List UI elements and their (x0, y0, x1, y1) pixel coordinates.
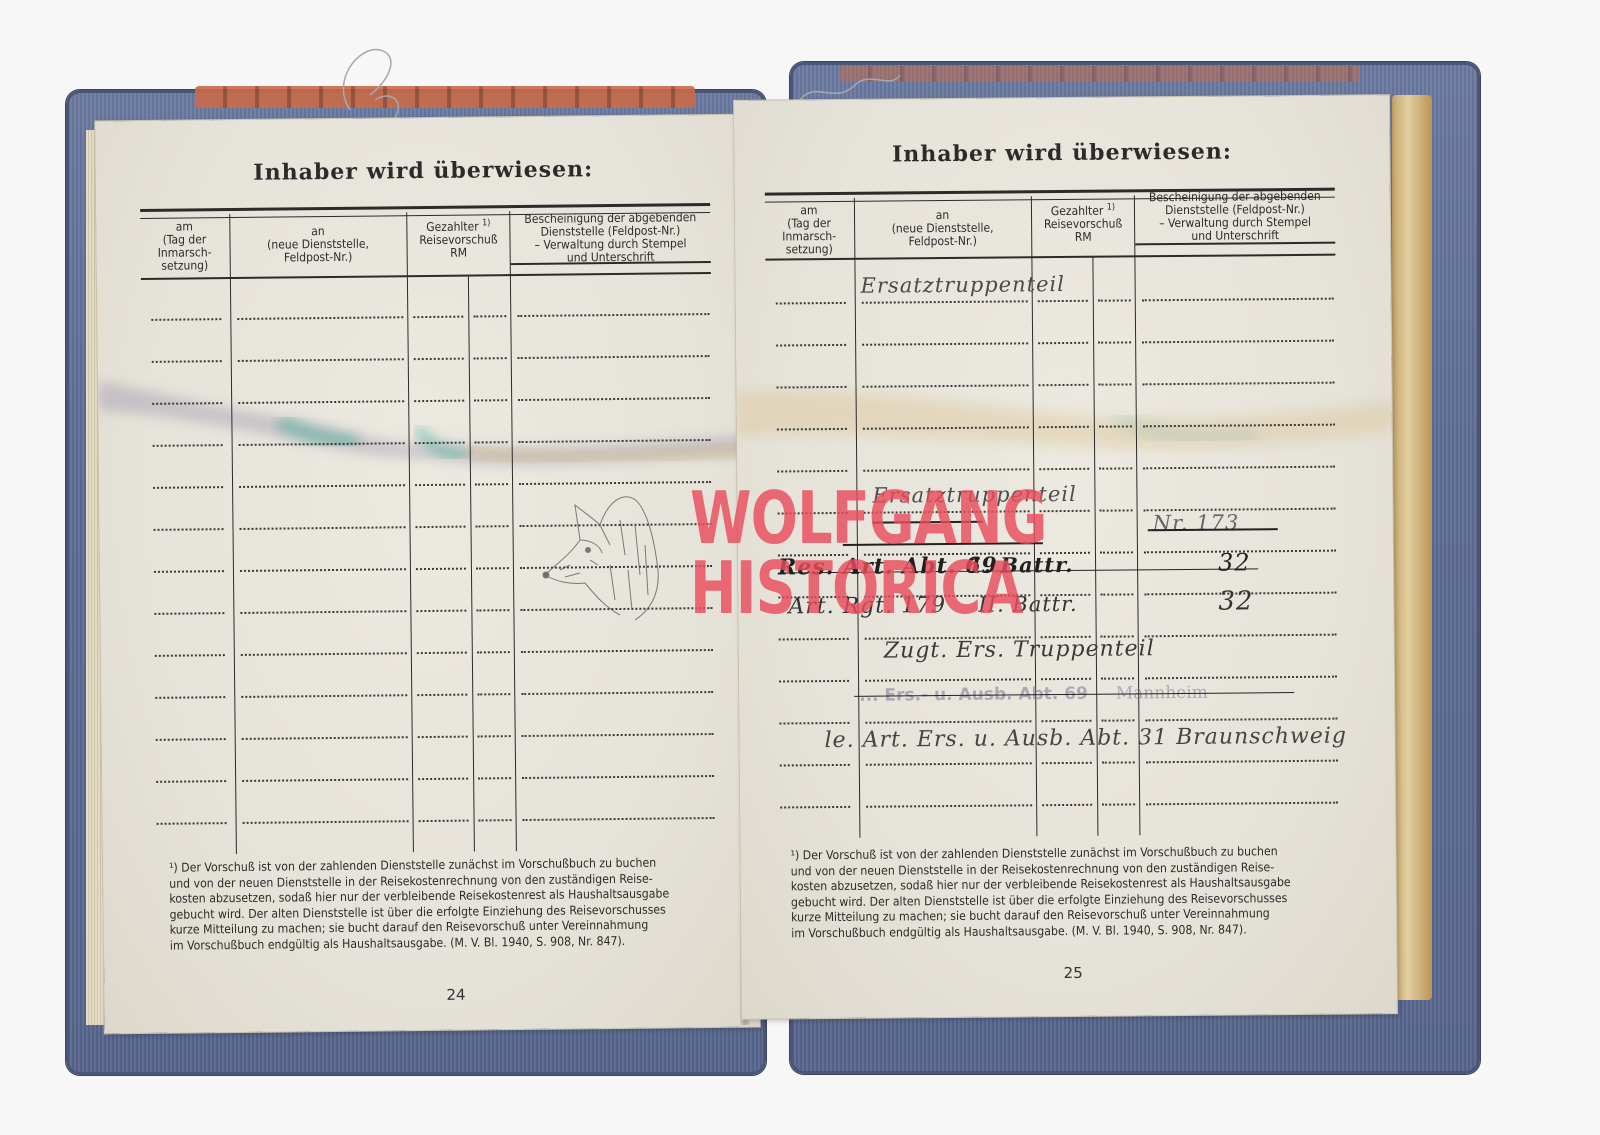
writing-line (777, 428, 847, 431)
writing-line (519, 439, 711, 443)
writing-line (863, 468, 1029, 471)
writing-line (475, 483, 508, 485)
handwritten-entry: le. Art. Ers. u. Ausb. Abt. 31 Braunschw… (824, 724, 1347, 754)
writing-line (1098, 383, 1131, 385)
header-line: setzung) (141, 259, 229, 273)
header-bottom-rule (141, 272, 711, 280)
writing-line (1145, 718, 1337, 722)
cover-endpaper-strip (195, 86, 695, 108)
page-title: Inhaber wird überwiesen: (96, 155, 751, 188)
writing-line (866, 762, 1032, 765)
writing-line (240, 610, 406, 614)
writing-line (1102, 803, 1135, 805)
writing-line (478, 777, 511, 779)
writing-line (152, 402, 222, 405)
writing-line (776, 344, 846, 347)
writing-line (242, 736, 408, 740)
writing-line (155, 696, 225, 699)
writing-line (477, 693, 510, 695)
transfer-table: am (Tag der Inmarsch- setzung) an (neue … (140, 203, 710, 209)
writing-line (415, 526, 465, 529)
writing-line (415, 484, 465, 487)
writing-line (1145, 676, 1337, 680)
writing-line (241, 652, 407, 656)
writing-line (522, 775, 714, 779)
writing-line (1039, 468, 1089, 470)
header-line: RM (408, 246, 510, 260)
footnote-text: ¹) Der Vorschuß ist von der zahlenden Di… (169, 855, 745, 954)
watermark: WOLFGANG HISTORICA (690, 483, 982, 623)
page-number: 25 (1064, 964, 1083, 982)
writing-line (1142, 340, 1334, 344)
writing-line (1101, 719, 1134, 721)
writing-line (153, 486, 223, 489)
writing-line (153, 444, 223, 447)
writing-line (152, 360, 222, 363)
writing-line (1098, 341, 1131, 343)
column-divider (406, 212, 414, 852)
writing-line (1101, 677, 1134, 679)
writing-line (1038, 342, 1088, 344)
writing-line (156, 738, 226, 741)
writing-line (414, 358, 464, 361)
writing-line (776, 302, 846, 305)
handwritten-entry: Zugt. Ers. Truppenteil (884, 636, 1155, 663)
footnote-mark: 1) (1107, 203, 1115, 213)
writing-line (522, 733, 714, 737)
page-edge-right (1392, 95, 1432, 1000)
writing-line (154, 612, 224, 615)
writing-line (475, 441, 508, 443)
writing-line (419, 820, 469, 823)
writing-line (418, 736, 468, 739)
column-header-advance: Gezahlter 1) Reisevorschuß RM (1032, 201, 1134, 244)
column-header-date: am (Tag der Inmarsch- setzung) (765, 204, 853, 257)
writing-line (866, 804, 1032, 807)
writing-line (154, 570, 224, 573)
column-header-certification: Bescheinigung der abgebenden Dienststell… (1135, 190, 1335, 244)
column-divider (229, 214, 237, 854)
writing-line (865, 678, 1031, 681)
writing-line (1143, 466, 1335, 470)
writing-line (780, 806, 850, 809)
writing-line (862, 384, 1028, 387)
writing-line (475, 525, 508, 527)
writing-line (416, 610, 466, 613)
writing-line (1142, 382, 1334, 386)
writing-line (157, 822, 227, 825)
writing-line (478, 735, 511, 737)
writing-line (780, 764, 850, 767)
writing-line (414, 400, 464, 403)
writing-line (416, 568, 466, 571)
writing-line (1145, 634, 1337, 638)
writing-line (477, 651, 510, 653)
header-rule (1135, 242, 1335, 246)
transfer-table: am (Tag der Inmarsch- setzung) an (neue … (765, 188, 1335, 193)
writing-line (517, 313, 709, 317)
header-line: setzung) (765, 243, 853, 257)
writing-line (1042, 804, 1092, 806)
writing-line (518, 355, 710, 359)
writing-line (479, 819, 512, 821)
writing-line (473, 315, 506, 317)
column-header-date: am (Tag der Inmarsch- setzung) (140, 220, 229, 273)
column-divider (509, 211, 517, 851)
wolf-head-icon (540, 485, 670, 625)
writing-line (243, 820, 409, 824)
writing-line (523, 817, 715, 821)
page-number: 24 (446, 986, 465, 1004)
writing-line (779, 722, 849, 725)
writing-line (476, 567, 509, 569)
writing-line (1146, 802, 1338, 806)
writing-line (1143, 424, 1335, 428)
writing-line (862, 342, 1028, 345)
writing-line (476, 609, 509, 611)
watermark-line: WOLFGANG (690, 483, 982, 553)
writing-line (474, 357, 507, 359)
header-line: Feldpost-Nr.) (231, 250, 406, 265)
handwritten-entry: 32 (1218, 586, 1253, 616)
writing-line (1100, 509, 1133, 511)
writing-line (1099, 425, 1132, 427)
column-header-advance: Gezahlter 1) Reisevorschuß RM (407, 217, 509, 260)
writing-line (1100, 551, 1133, 553)
writing-line (156, 780, 226, 783)
writing-line (238, 358, 404, 362)
cover-endpaper-strip (840, 66, 1360, 82)
writing-line (417, 694, 467, 697)
writing-line (240, 526, 406, 530)
writing-line (1039, 426, 1089, 428)
column-header-certification: Bescheinigung der abgebenden Dienststell… (510, 211, 711, 265)
writing-line (863, 426, 1029, 429)
writing-line (1142, 298, 1334, 302)
column-header-new-unit: an (neue Dienststelle, Feldpost-Nr.) (855, 208, 1030, 249)
writing-line (777, 470, 847, 473)
column-divider (468, 276, 475, 852)
writing-line (779, 680, 849, 683)
writing-line (1146, 760, 1338, 764)
writing-line (240, 568, 406, 572)
writing-line (1100, 593, 1133, 595)
writing-line (521, 649, 713, 653)
page-title: Inhaber wird überwiesen: (734, 137, 1389, 169)
writing-line (418, 778, 468, 781)
writing-line (518, 397, 710, 401)
header-line: Feldpost-Nr.) (855, 234, 1030, 249)
loose-thread (320, 40, 410, 120)
writing-line (1041, 720, 1091, 722)
writing-line (413, 316, 463, 319)
footnote-text: ¹) Der Vorschuß ist von der zahlenden Di… (791, 843, 1367, 941)
writing-line (862, 300, 1028, 303)
writing-line (239, 442, 405, 446)
writing-line (1038, 384, 1088, 386)
watermark-line: HISTORICA (690, 553, 982, 623)
writing-line (1098, 299, 1131, 301)
writing-line (415, 442, 465, 445)
writing-line (777, 386, 847, 389)
writing-line (1099, 467, 1132, 469)
handwritten-entry: 32 (1218, 548, 1251, 576)
writing-line (1041, 678, 1091, 680)
writing-line (865, 720, 1031, 723)
writing-line (239, 484, 405, 488)
header-line: RM (1032, 230, 1134, 244)
writing-line (1040, 510, 1090, 512)
writing-line (155, 654, 225, 657)
writing-line (1038, 300, 1088, 302)
writing-line (1102, 761, 1135, 763)
writing-line (241, 694, 407, 698)
writing-line (242, 778, 408, 782)
writing-line (521, 691, 713, 695)
writing-line (474, 399, 507, 401)
writing-line (151, 318, 221, 321)
writing-line (154, 528, 224, 531)
column-header-new-unit: an (neue Dienststelle, Feldpost-Nr.) (230, 224, 405, 265)
writing-line (779, 638, 849, 641)
handwritten-entry: Nr. 173 (1153, 510, 1240, 535)
writing-line (417, 652, 467, 655)
footnote-mark: 1) (482, 218, 490, 228)
writing-line (1042, 762, 1092, 764)
writing-line (237, 316, 403, 320)
writing-line (238, 400, 404, 404)
handwritten-entry: Ersatztruppenteil (861, 272, 1066, 298)
